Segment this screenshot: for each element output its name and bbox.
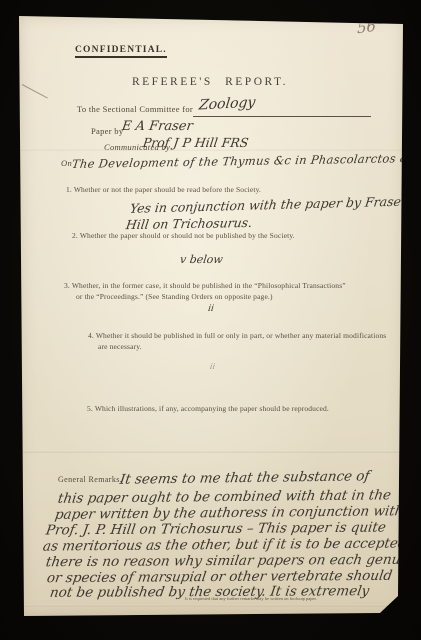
paper-by-value: E A Fraser (121, 119, 194, 134)
footer-instruction: It is requested that any further remarks… (185, 596, 350, 601)
question-4-line-2: are necessary. (98, 342, 142, 351)
question-3-line-2: or the “Proceedings.” (See Standing Orde… (76, 292, 273, 301)
question-4-line-1: 4. Whether it should be published in ful… (88, 331, 386, 340)
general-remarks-label: General Remarks. (58, 475, 122, 484)
subject-label: On (61, 158, 72, 168)
question-1: 1. Whether or not the paper should be re… (66, 185, 261, 194)
answer-1-line-2: Hill on Trichosurus. (125, 215, 253, 232)
subject-value: The Development of the Thymus &c in Phas… (71, 151, 418, 171)
answer-4: ii (209, 362, 215, 371)
committee-field-value: Zoology (198, 94, 256, 113)
report-title: REFEREE'S REPORT. (16, 76, 404, 88)
report-page: 56 CONFIDENTIAL. REFEREE'S REPORT. To th… (16, 12, 408, 620)
answer-1-line-1: Yes in conjunction with the paper by Fra… (129, 193, 421, 216)
question-5: 5. Which illustrations, if any, accompan… (87, 404, 329, 413)
paper-fold-line-lower (16, 450, 408, 453)
answer-2: v below (179, 253, 224, 266)
committee-field-rule (193, 116, 371, 117)
question-3-line-1: 3. Whether, in the former case, it shoul… (64, 281, 346, 290)
pencil-page-number: 56 (357, 17, 376, 38)
answer-3: ii (207, 304, 214, 314)
confidential-stamp: CONFIDENTIAL. (75, 45, 167, 58)
paper-fold-line-bottom (16, 604, 408, 607)
committee-field-label: To the Sectional Committee for (77, 104, 193, 114)
remarks-line-1: It seems to me that the substance of (119, 468, 371, 488)
paper-by-label: Paper by (91, 126, 123, 136)
communicated-by-value: Prof J P Hill FRS (142, 135, 250, 150)
question-2: 2. Whether the paper should or should no… (72, 231, 295, 240)
